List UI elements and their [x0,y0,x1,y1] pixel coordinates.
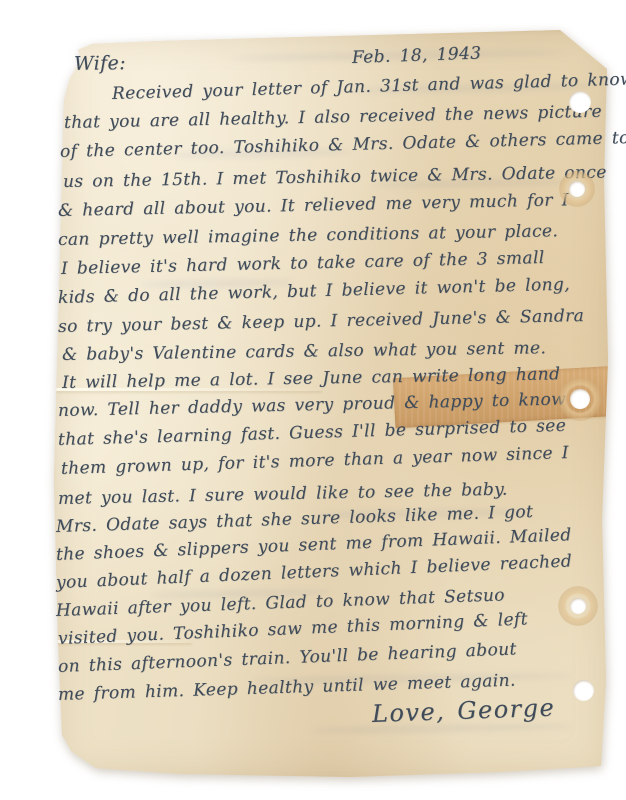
punch-hole [569,91,591,113]
punch-hole [570,598,586,614]
punch-hole [570,389,590,409]
punch-hole [573,680,594,701]
punch-hole [569,181,585,197]
punch-holes-layer [0,0,626,800]
scanned-letter: Wife: Feb. 18, 1943 Received your letter… [0,0,626,800]
